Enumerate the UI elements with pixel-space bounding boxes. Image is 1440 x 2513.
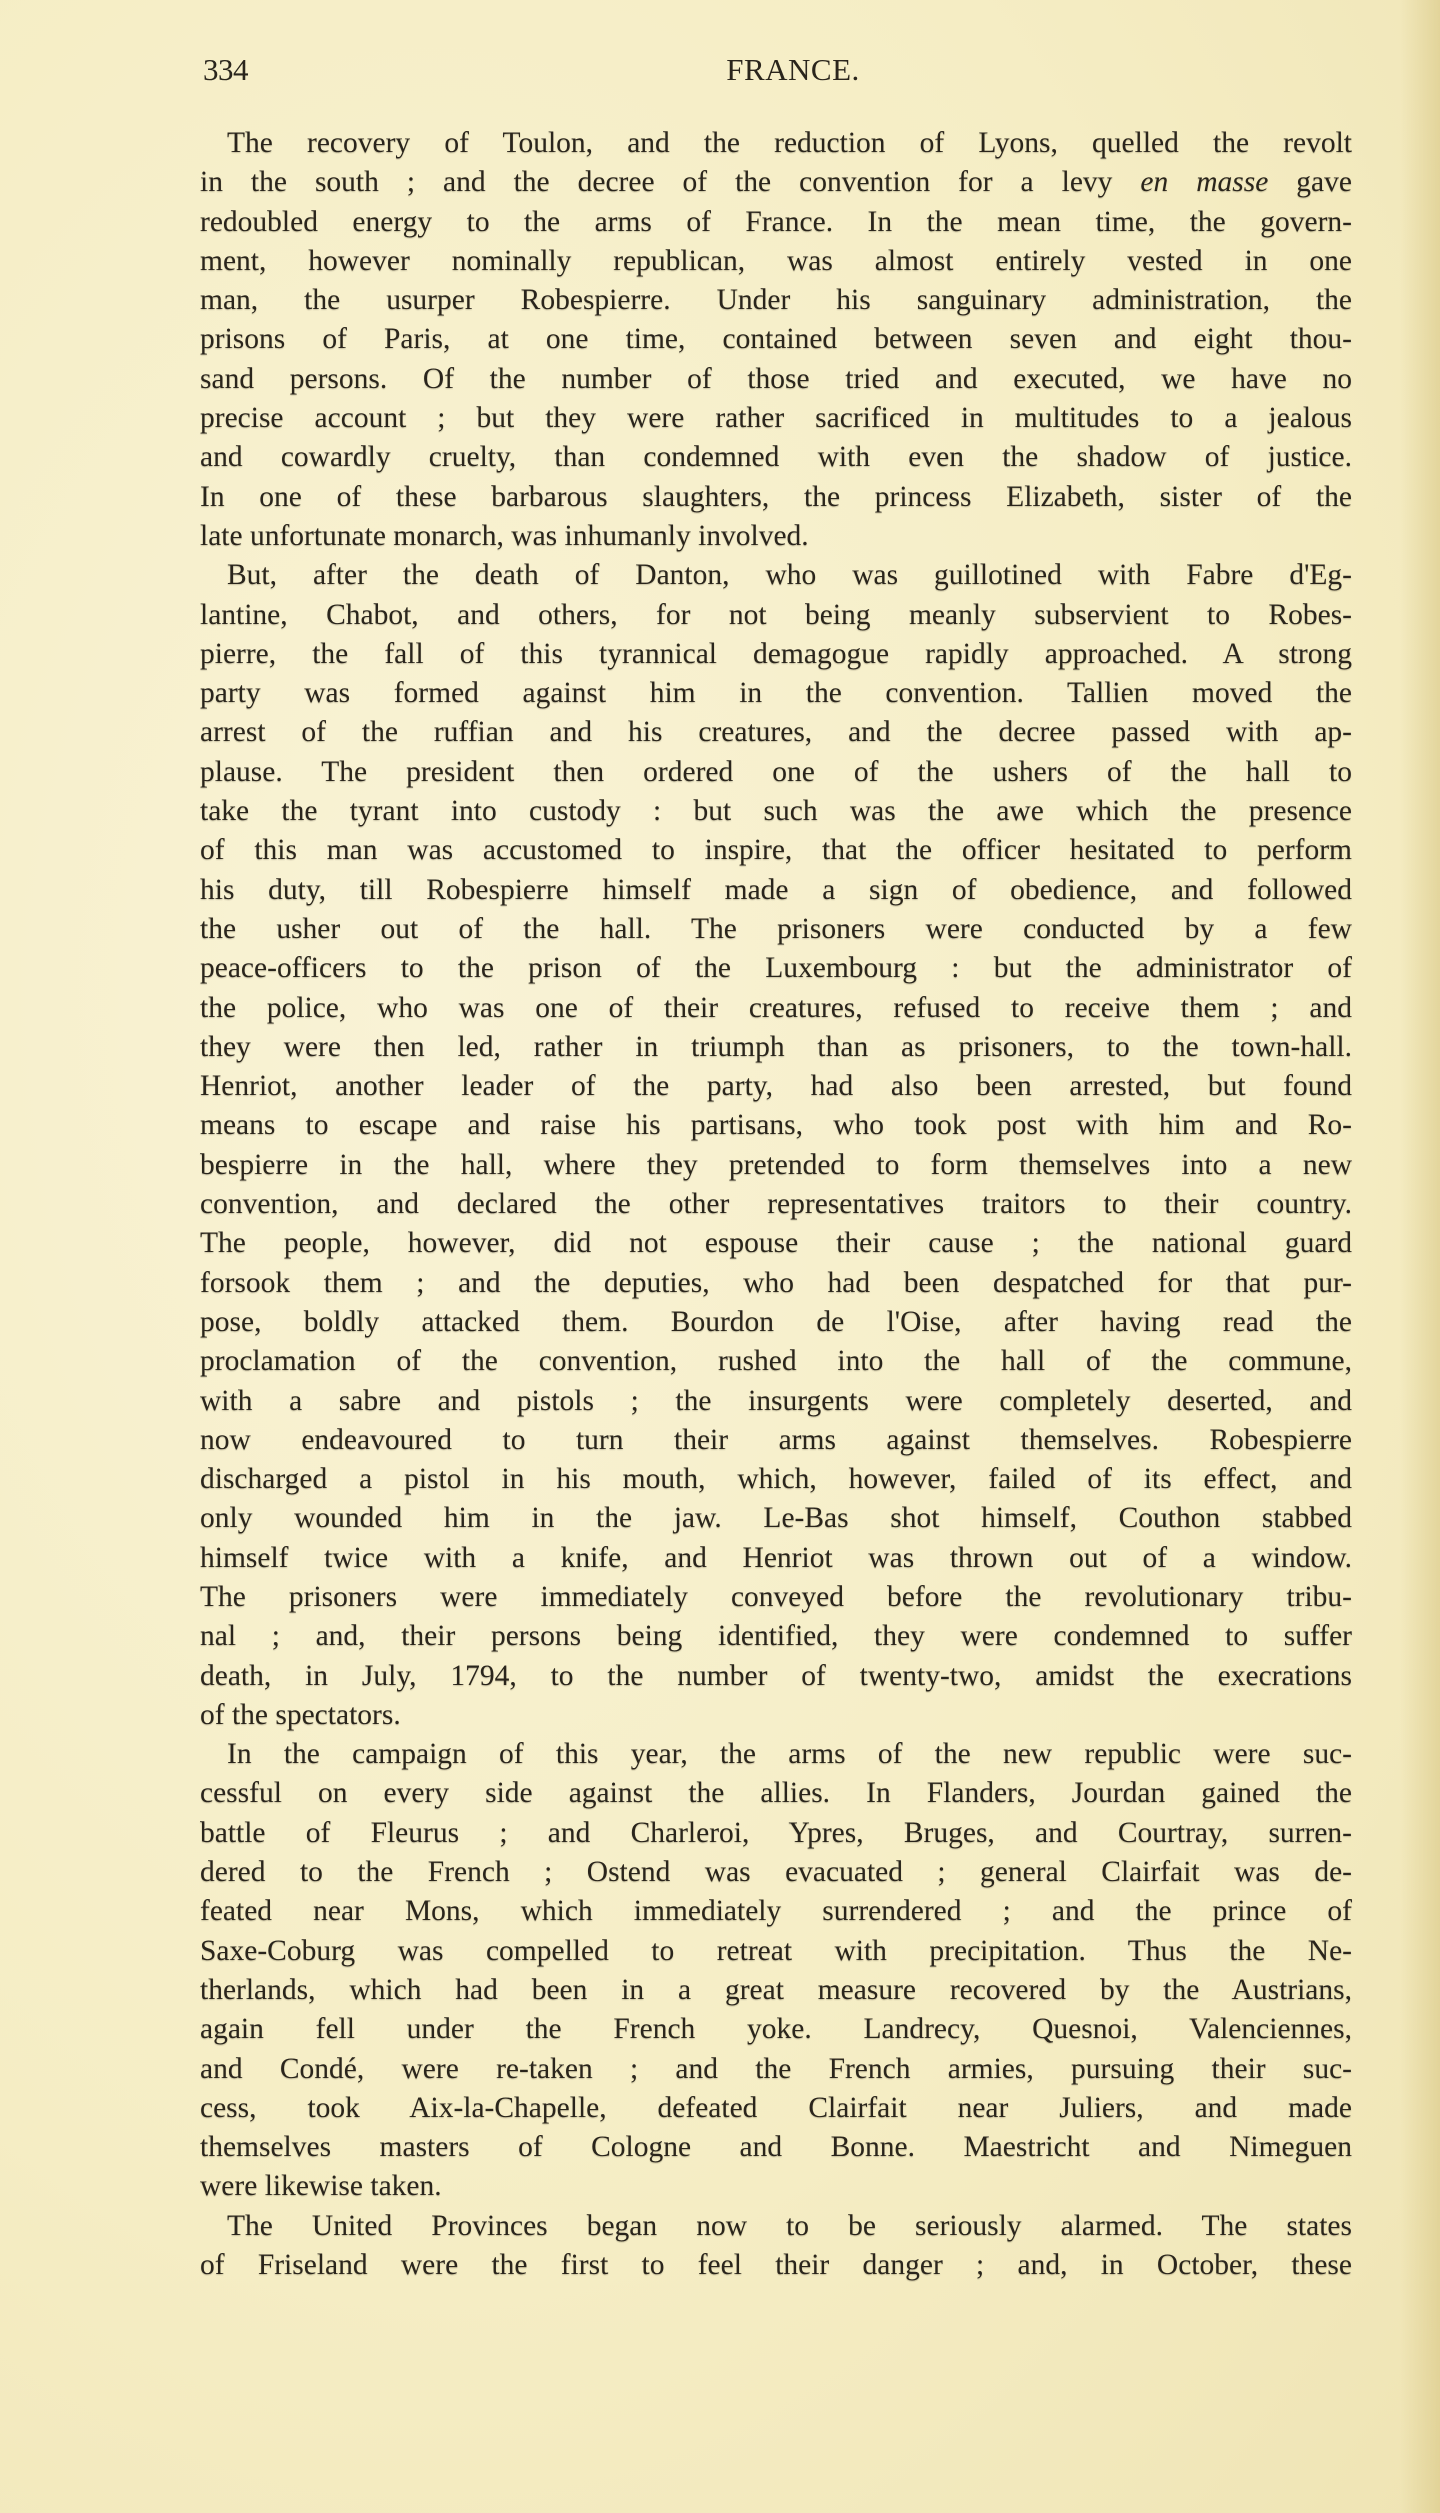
text-line: battle of Fleurus ; and Charleroi, Ypres… (200, 1814, 1352, 1853)
text-line: of this man was accustomed to inspire, t… (200, 831, 1352, 870)
text-line: they were then led, rather in triumph th… (200, 1028, 1352, 1067)
text-line: The United Provinces began now to be ser… (200, 2207, 1352, 2246)
text-line: In one of these barbarous slaughters, th… (200, 478, 1352, 517)
text-line: sand persons. Of the number of those tri… (200, 360, 1352, 399)
text-line: proclamation of the convention, rushed i… (200, 1342, 1352, 1381)
text-line: the usher out of the hall. The prisoners… (200, 910, 1352, 949)
text-line: and Condé, were re-taken ; and the Frenc… (200, 2050, 1352, 2089)
text-line: take the tyrant into custody : but such … (200, 792, 1352, 831)
text-line: of Friseland were the first to feel thei… (200, 2246, 1352, 2285)
text-line: The people, however, did not espouse the… (200, 1224, 1352, 1263)
running-head: 334 FRANCE. (203, 52, 1353, 96)
paragraph: The United Provinces began now to be ser… (200, 2207, 1352, 2286)
text-line: the police, who was one of their creatur… (200, 989, 1352, 1028)
text-line: dered to the French ; Ostend was evacuat… (200, 1853, 1352, 1892)
text-line: nal ; and, their persons being identifie… (200, 1617, 1352, 1656)
text-line: peace-officers to the prison of the Luxe… (200, 949, 1352, 988)
text-line: his duty, till Robespierre himself made … (200, 871, 1352, 910)
text-line: discharged a pistol in his mouth, which,… (200, 1460, 1352, 1499)
text-line: themselves masters of Cologne and Bonne.… (200, 2128, 1352, 2167)
italic-phrase: en masse (1140, 166, 1268, 198)
text-line: again fell under the French yoke. Landre… (200, 2010, 1352, 2049)
text-line: Saxe-Coburg was compelled to retreat wit… (200, 1932, 1352, 1971)
text-line: party was formed against him in the conv… (200, 674, 1352, 713)
text-line: bespierre in the hall, where they preten… (200, 1146, 1352, 1185)
text-line: forsook them ; and the deputies, who had… (200, 1264, 1352, 1303)
text-line: and cowardly cruelty, than condemned wit… (200, 438, 1352, 477)
text-line: precise account ; but they were rather s… (200, 399, 1352, 438)
text-line: cessful on every side against the allies… (200, 1774, 1352, 1813)
text-line: with a sabre and pistols ; the insurgent… (200, 1382, 1352, 1421)
running-title: FRANCE. (203, 52, 1353, 88)
text-line: In the campaign of this year, the arms o… (200, 1735, 1352, 1774)
text-line: in the south ; and the decree of the con… (200, 163, 1352, 202)
paragraph: The recovery of Toulon, and the reductio… (200, 124, 1352, 556)
text-line: arrest of the ruffian and his creatures,… (200, 713, 1352, 752)
text-line: of the spectators. (200, 1696, 1352, 1735)
text-line: pose, boldly attacked them. Bourdon de l… (200, 1303, 1352, 1342)
text-line: redoubled energy to the arms of France. … (200, 203, 1352, 242)
page-edge-shadow (1400, 0, 1440, 2513)
paragraph: In the campaign of this year, the arms o… (200, 1735, 1352, 2207)
text-line: lantine, Chabot, and others, for not bei… (200, 596, 1352, 635)
text-line: death, in July, 1794, to the number of t… (200, 1657, 1352, 1696)
body-text: The recovery of Toulon, and the reductio… (200, 124, 1352, 2285)
text-line: himself twice with a knife, and Henriot … (200, 1539, 1352, 1578)
text-line: plause. The president then ordered one o… (200, 753, 1352, 792)
paragraph: But, after the death of Danton, who was … (200, 556, 1352, 1735)
text-line: means to escape and raise his partisans,… (200, 1106, 1352, 1145)
text-line: The recovery of Toulon, and the reductio… (200, 124, 1352, 163)
text-line: ment, however nominally republican, was … (200, 242, 1352, 281)
text-line: But, after the death of Danton, who was … (200, 556, 1352, 595)
text-line: pierre, the fall of this tyrannical dema… (200, 635, 1352, 674)
text-line: cess, took Aix-la-Chapelle, defeated Cla… (200, 2089, 1352, 2128)
text-line: man, the usurper Robespierre. Under his … (200, 281, 1352, 320)
text-line: late unfortunate monarch, was inhumanly … (200, 517, 1352, 556)
text-line: feated near Mons, which immediately surr… (200, 1892, 1352, 1931)
text-line: now endeavoured to turn their arms again… (200, 1421, 1352, 1460)
text-line: were likewise taken. (200, 2167, 1352, 2206)
text-line: therlands, which had been in a great mea… (200, 1971, 1352, 2010)
text-line: Henriot, another leader of the party, ha… (200, 1067, 1352, 1106)
text-line: only wounded him in the jaw. Le-Bas shot… (200, 1499, 1352, 1538)
text-line: prisons of Paris, at one time, contained… (200, 320, 1352, 359)
text-line: The prisoners were immediately conveyed … (200, 1578, 1352, 1617)
text-line: convention, and declared the other repre… (200, 1185, 1352, 1224)
